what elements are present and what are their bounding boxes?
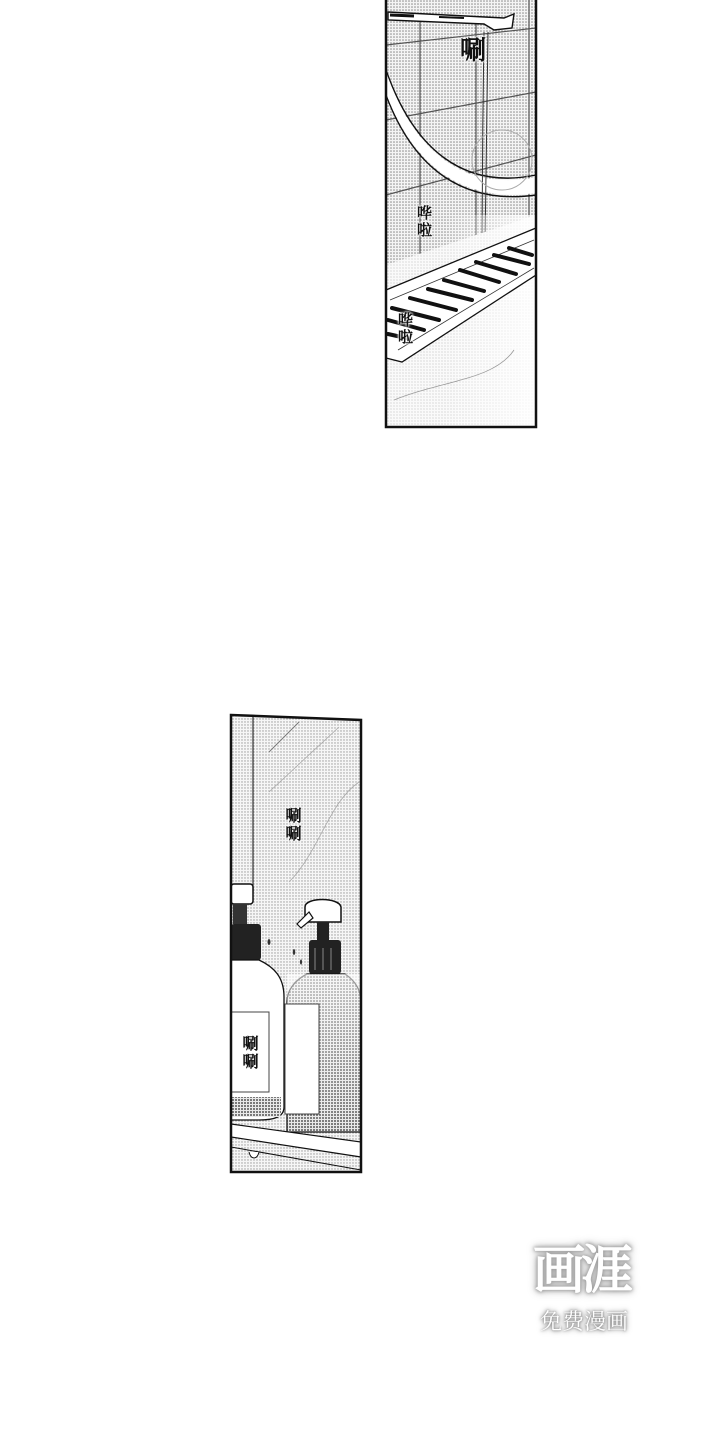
sound-effect-splash-1: 哗啦 — [416, 205, 431, 239]
manga-panel-pump-bottles: 唰唰 唰唰 — [229, 712, 363, 1175]
sound-effect-swish: 唰 — [460, 38, 486, 64]
pump-bottles-illustration — [229, 712, 363, 1175]
manga-panel-shower-drain: 唰 哗啦 哗啦 — [384, 0, 539, 430]
sound-effect-splash-2: 哗啦 — [397, 312, 412, 346]
watermark-subtitle: 免费漫画 — [524, 1308, 644, 1338]
sound-effect-swish-1: 唰唰 — [284, 807, 300, 843]
watermark-logo: 画涯 — [520, 1240, 642, 1302]
sound-effect-swish-2: 唰唰 — [241, 1035, 257, 1071]
site-watermark: 画涯 免费漫画 — [518, 1236, 648, 1346]
